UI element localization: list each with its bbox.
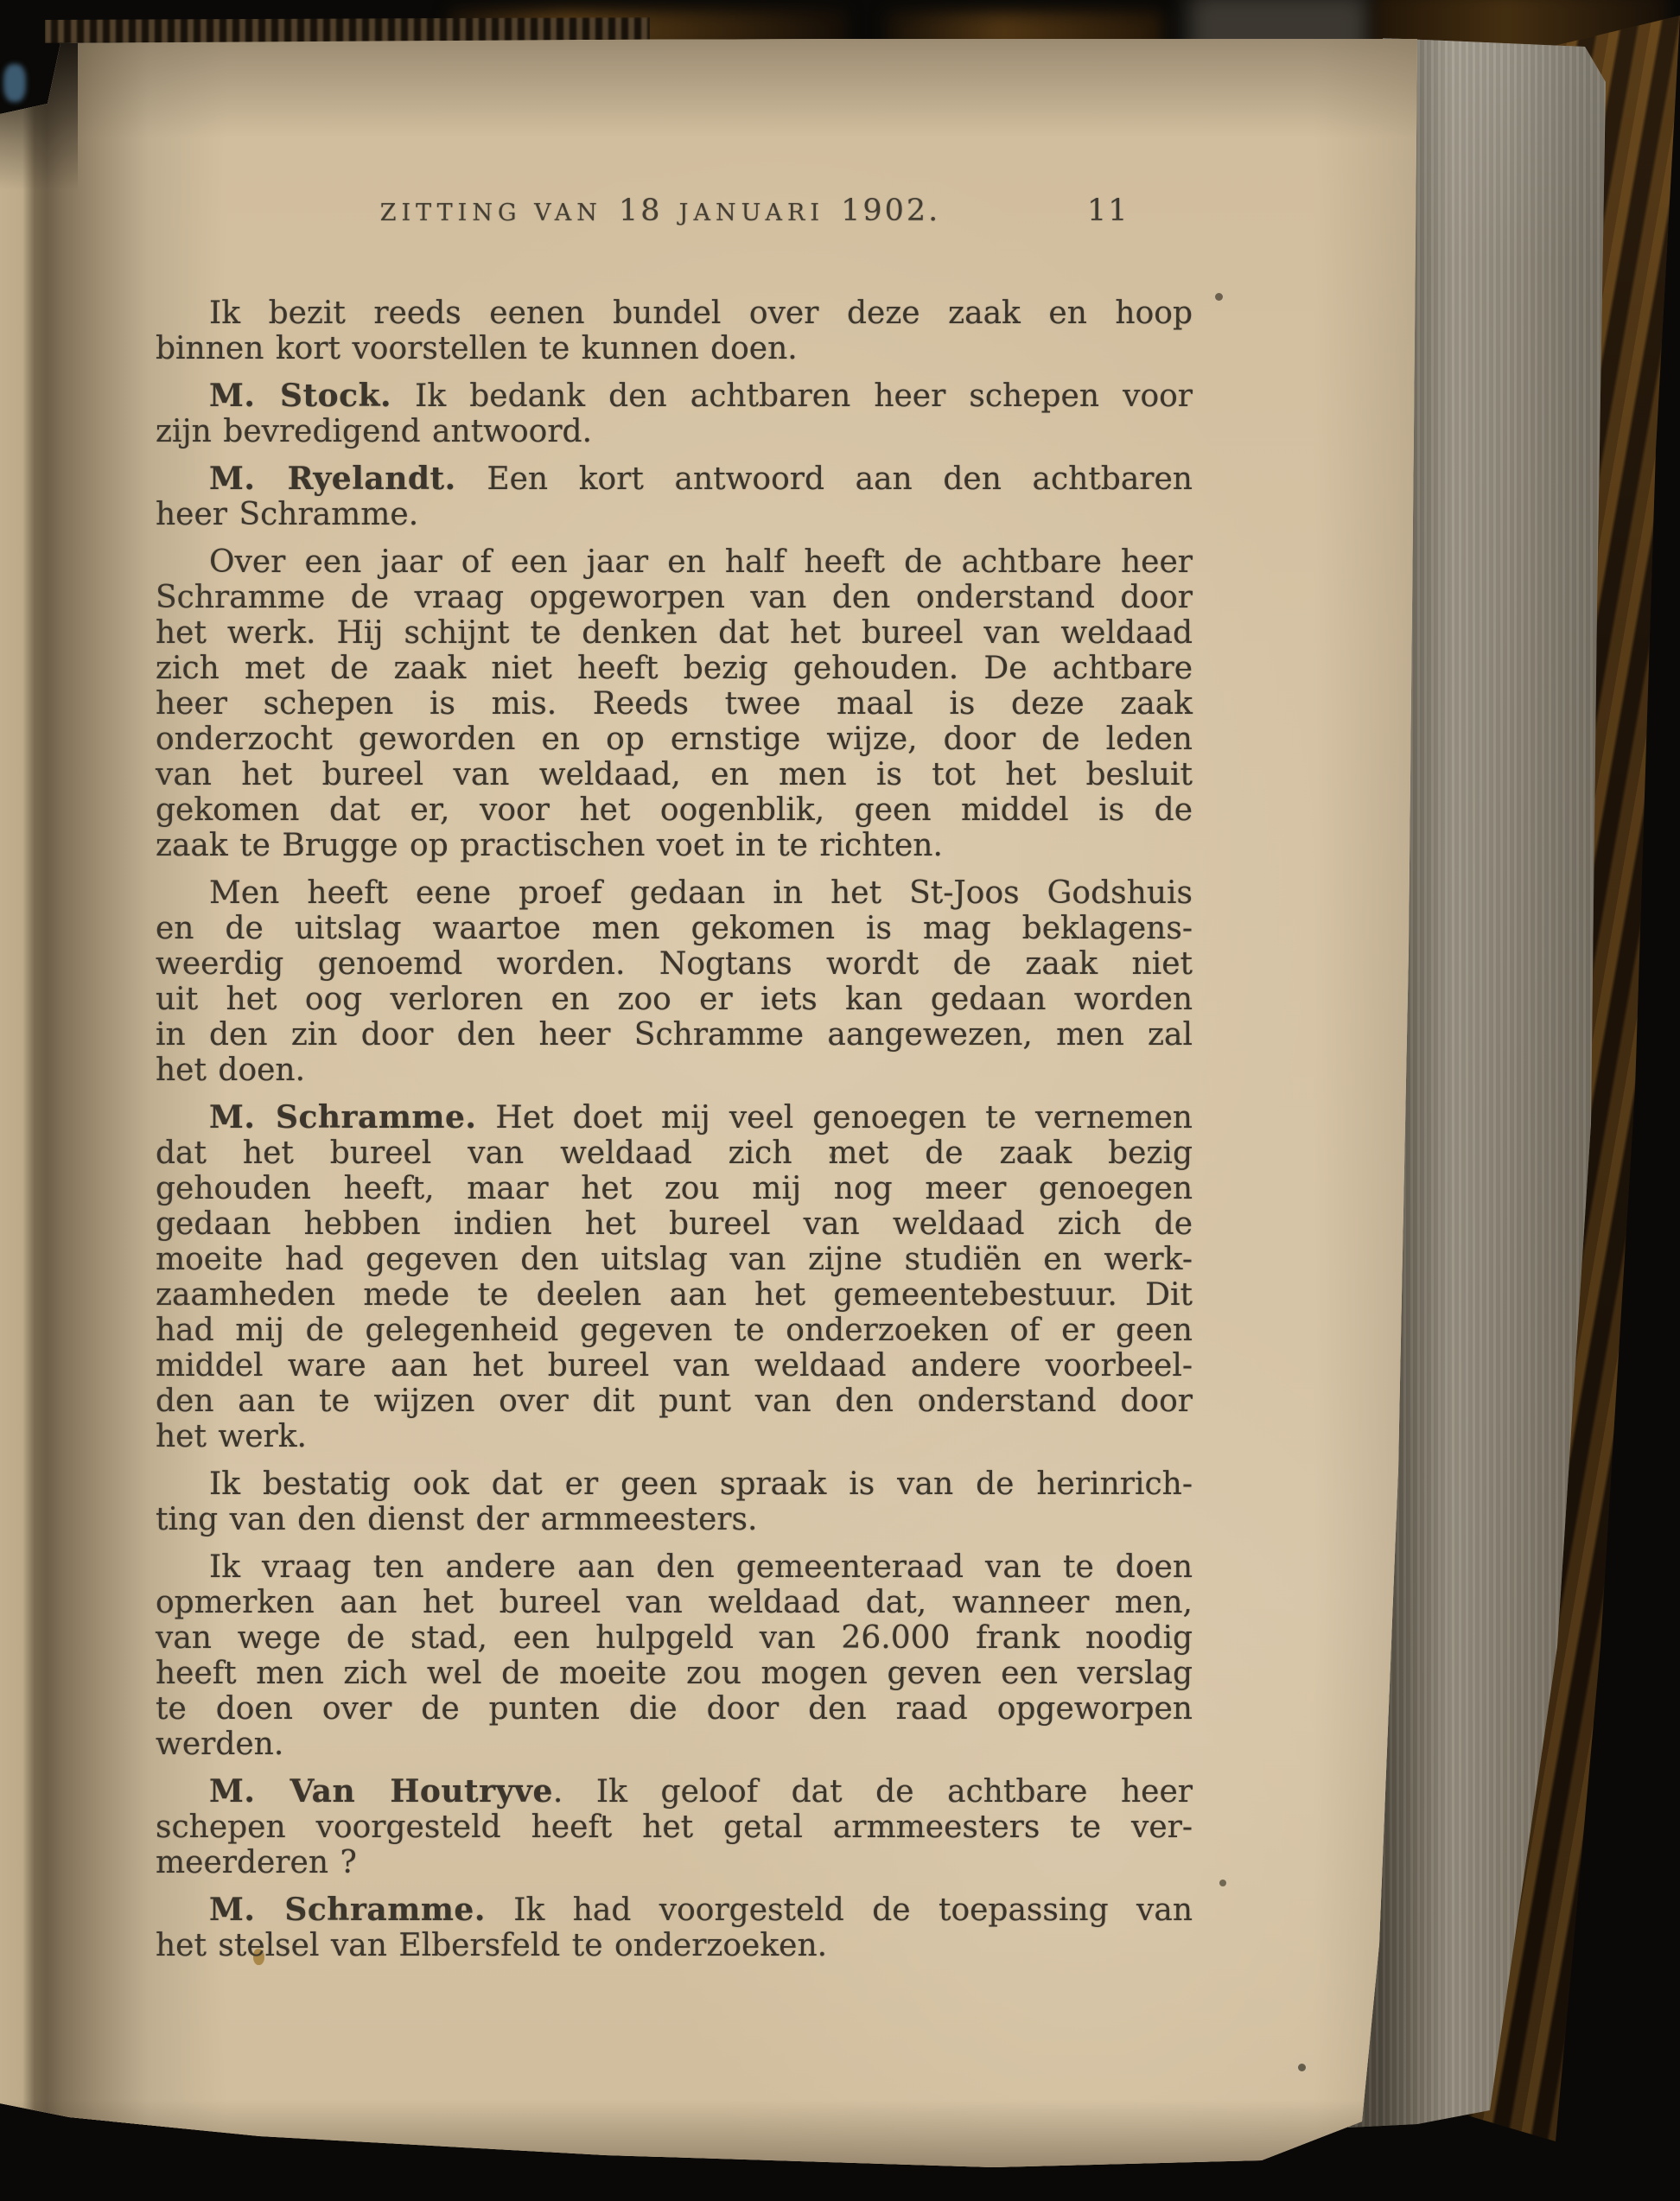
text-line: van het bureel van weldaad, en men is to… xyxy=(156,757,1193,792)
text-line: gekomen dat er, voor het oogenblik, geen… xyxy=(156,792,1193,828)
text-line: gehouden heeft, maar het zou mij nog mee… xyxy=(156,1171,1193,1206)
text-line: zaamheden mede te deelen aan het gemeent… xyxy=(156,1277,1193,1313)
gutter-top-shadow xyxy=(0,35,78,190)
paragraph: Ik bezit reeds eenen bundel over deze za… xyxy=(156,296,1193,366)
book-photo: ZITTING VAN 18 JANUARI 1902. 11 Ik bezit… xyxy=(0,0,1680,2201)
stain-speck xyxy=(1219,1880,1226,1886)
text-line: en de uitslag waartoe men gekomen is mag… xyxy=(156,911,1193,946)
paragraphs: Ik bezit reeds eenen bundel over deze za… xyxy=(156,296,1193,1963)
stain-speck xyxy=(1298,2064,1306,2071)
text-line: zijn bevredigend antwoord. xyxy=(156,414,1193,449)
text-line: Schramme de vraag opgeworpen van den ond… xyxy=(156,580,1193,615)
paragraph: M. Ryelandt. Een kort antwoord aan den a… xyxy=(156,461,1193,532)
text-line: het stelsel van Elbersfeld te onderzoeke… xyxy=(156,1928,1193,1963)
paragraph: M. Van Houtryve. Ik geloof dat de achtba… xyxy=(156,1774,1193,1880)
page-bottom-shade xyxy=(0,2100,1469,2201)
paragraph: Men heeft eene proef gedaan in het St-Jo… xyxy=(156,875,1193,1088)
text-line: moeite had gegeven den uitslag van zijne… xyxy=(156,1242,1193,1277)
binding-stitches xyxy=(45,17,650,43)
text-line: zaak te Brugge op practischen voet in te… xyxy=(156,828,1193,863)
text-line: van wege de stad, een hulpgeld van 26.00… xyxy=(156,1620,1193,1656)
header-year: 1902. xyxy=(841,194,940,228)
paragraph: M. Schramme. Ik had voorgesteld de toepa… xyxy=(156,1892,1193,1963)
text-line: middel ware aan het bureel van weldaad a… xyxy=(156,1348,1193,1384)
stain-speck xyxy=(1215,293,1223,301)
header-day: 18 xyxy=(619,194,663,228)
text-line: M. Ryelandt. Een kort antwoord aan den a… xyxy=(156,461,1193,497)
text-line: M. Stock. Ik bedank den achtbaren heer s… xyxy=(156,378,1193,414)
running-header: ZITTING VAN 18 JANUARI 1902. xyxy=(156,192,1193,233)
speaker-name: M. Ryelandt. xyxy=(209,461,456,497)
text-line: den aan te wijzen over dit punt van den … xyxy=(156,1384,1193,1419)
text-line: Over een jaar of een jaar en half heeft … xyxy=(156,544,1193,580)
text-line: het doen. xyxy=(156,1053,1193,1088)
text-line: Ik bestatig ook dat er geen spraak is va… xyxy=(156,1466,1193,1502)
text-line: M. Van Houtryve. Ik geloof dat de achtba… xyxy=(156,1774,1193,1810)
text-line: dat het bureel van weldaad zich met de z… xyxy=(156,1135,1193,1171)
speaker-name: M. Van Houtryve xyxy=(209,1773,553,1810)
text-line: opmerken aan het bureel van weldaad dat,… xyxy=(156,1585,1193,1620)
header-text: ZITTING VAN xyxy=(380,200,602,226)
text-line: meerderen ? xyxy=(156,1845,1193,1880)
text-line: werden. xyxy=(156,1727,1193,1762)
blue-fleck xyxy=(3,64,26,102)
page-number: 11 xyxy=(1087,194,1130,228)
text-line: uit het oog verloren en zoo er iets kan … xyxy=(156,982,1193,1017)
text-line: heer schepen is mis. Reeds twee maal is … xyxy=(156,686,1193,722)
text-line: het werk. xyxy=(156,1419,1193,1454)
paragraph: Over een jaar of een jaar en half heeft … xyxy=(156,544,1193,863)
speaker-name: M. Schramme. xyxy=(209,1892,486,1928)
text-line: zich met de zaak niet heeft bezig gehoud… xyxy=(156,651,1193,686)
text-line: schepen voorgesteld heeft het getal armm… xyxy=(156,1810,1193,1845)
text-line: onderzocht geworden en op ernstige wijze… xyxy=(156,722,1193,757)
text-line: M. Schramme. Het doet mij veel genoegen … xyxy=(156,1100,1193,1135)
text-line: heer Schramme. xyxy=(156,497,1193,532)
paragraph: M. Schramme. Het doet mij veel genoegen … xyxy=(156,1100,1193,1454)
header-month: JANUARI xyxy=(679,200,824,226)
speaker-name: M. Schramme. xyxy=(209,1099,476,1135)
page-text: ZITTING VAN 18 JANUARI 1902. 11 Ik bezit… xyxy=(156,192,1193,1963)
text-line: weerdig genoemd worden. Nogtans wordt de… xyxy=(156,946,1193,982)
paragraph: M. Stock. Ik bedank den achtbaren heer s… xyxy=(156,378,1193,449)
text-line: Ik vraag ten andere aan den gemeenteraad… xyxy=(156,1549,1193,1585)
speaker-name: M. Stock. xyxy=(209,378,391,414)
text-line: gedaan hebben indien het bureel van weld… xyxy=(156,1206,1193,1242)
page-top-shade xyxy=(0,35,1435,138)
text-line: Ik bezit reeds eenen bundel over deze za… xyxy=(156,296,1193,331)
text-line: ting van den dienst der armmeesters. xyxy=(156,1502,1193,1537)
text-line: Men heeft eene proef gedaan in het St-Jo… xyxy=(156,875,1193,911)
paragraph: Ik vraag ten andere aan den gemeenteraad… xyxy=(156,1549,1193,1762)
text-line: had mij de gelegenheid gegeven te onderz… xyxy=(156,1313,1193,1348)
text-line: heeft men zich wel de moeite zou mogen g… xyxy=(156,1656,1193,1691)
text-line: binnen kort voorstellen te kunnen doen. xyxy=(156,331,1193,366)
paragraph: Ik bestatig ook dat er geen spraak is va… xyxy=(156,1466,1193,1537)
text-line: in den zin door den heer Schramme aangew… xyxy=(156,1017,1193,1053)
text-line: M. Schramme. Ik had voorgesteld de toepa… xyxy=(156,1892,1193,1928)
text-line: het werk. Hij schijnt te denken dat het … xyxy=(156,615,1193,651)
text-line: te doen over de punten die door den raad… xyxy=(156,1691,1193,1727)
